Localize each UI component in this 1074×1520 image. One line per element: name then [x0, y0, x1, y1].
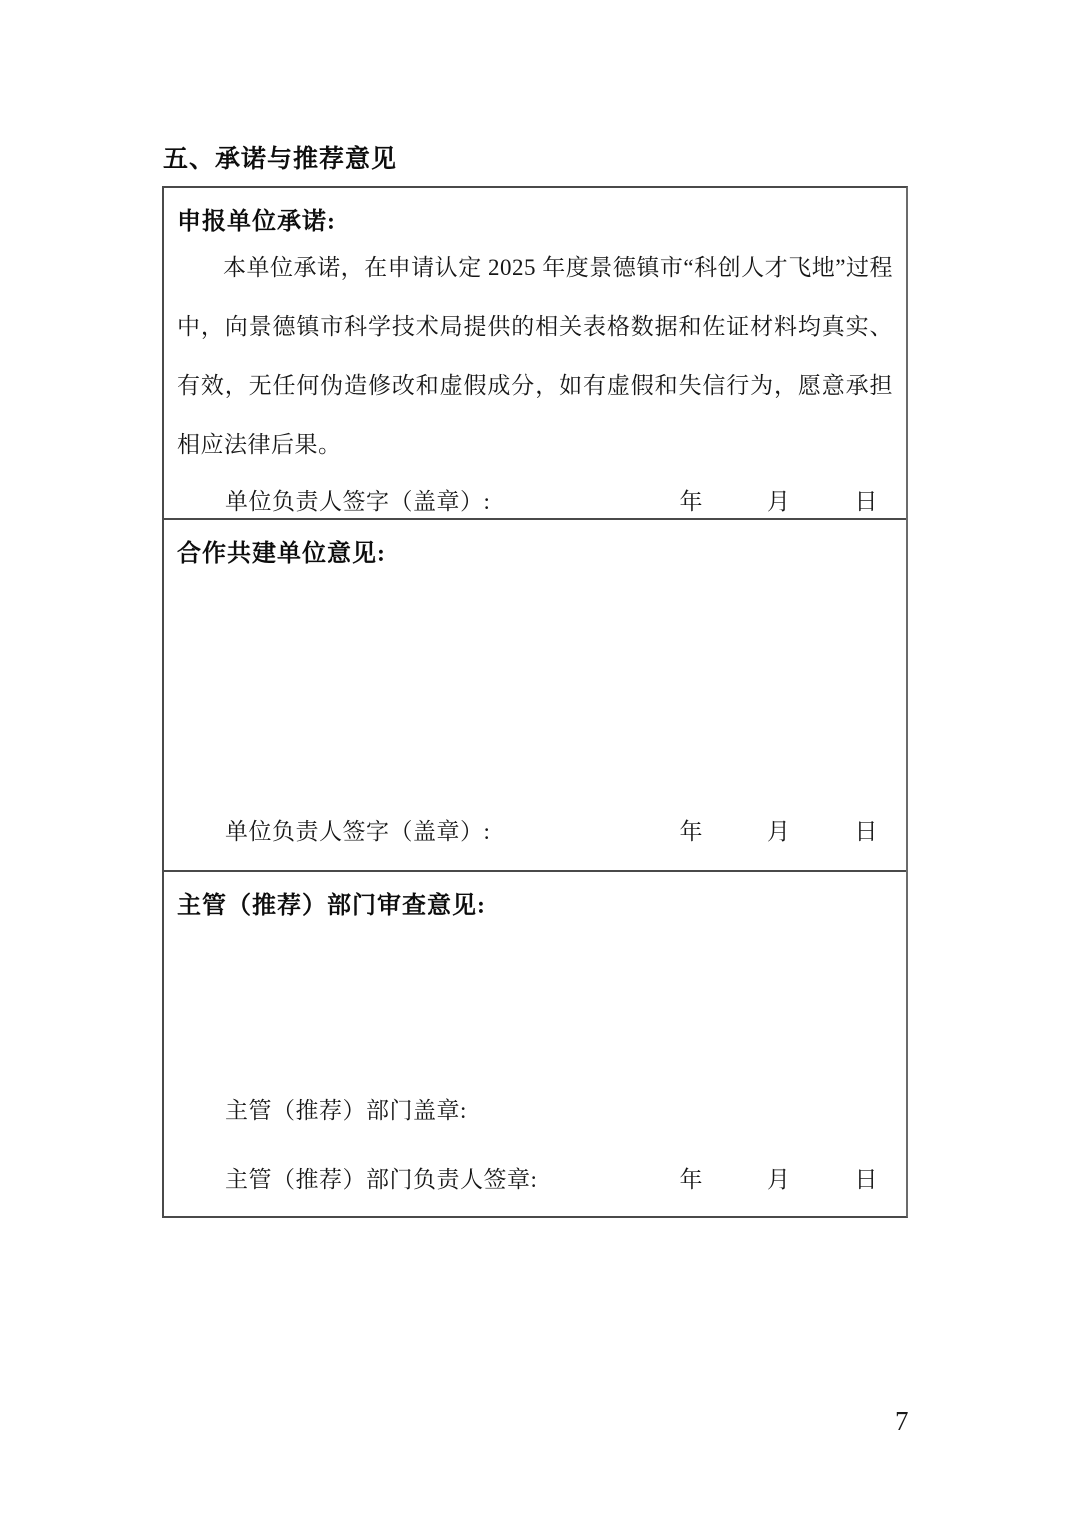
authority-signature-label: 主管（推荐）部门负责人签章: [225, 1161, 537, 1194]
section-title: 五、承诺与推荐意见 [163, 139, 397, 175]
commitment-body-text: 本单位承诺，在申请认定 2025 年度景德镇市“科创人才飞地”过程中，向景德镇市… [177, 238, 893, 474]
authority-seal-label: 主管（推荐）部门盖章: [177, 1092, 893, 1125]
cooperation-signature-line: 单位负责人签字（盖章）: 年 月 日 [177, 813, 893, 846]
authority-review-heading: 主管（推荐）部门审查意见: [177, 872, 893, 920]
authority-review-section: 主管（推荐）部门审查意见: 主管（推荐）部门盖章: 主管（推荐）部门负责人签章:… [164, 872, 906, 1216]
day-label: 日 [855, 813, 879, 846]
applicant-signature-line: 单位负责人签字（盖章）: 年 月 日 [177, 483, 893, 516]
year-label: 年 [680, 483, 704, 516]
applicant-commitment-heading: 申报单位承诺: [177, 188, 893, 236]
document-page: 五、承诺与推荐意见 申报单位承诺: 本单位承诺，在申请认定 2025 年度景德镇… [0, 0, 1074, 1520]
authority-date-fields: 年 月 日 [680, 1161, 894, 1194]
applicant-commitment-section: 申报单位承诺: 本单位承诺，在申请认定 2025 年度景德镇市“科创人才飞地”过… [164, 188, 906, 520]
page-number: 7 [895, 1406, 909, 1437]
year-label: 年 [680, 813, 704, 846]
day-label: 日 [855, 483, 879, 516]
authority-bottom-block: 主管（推荐）部门盖章: 主管（推荐）部门负责人签章: 年 月 日 [177, 1092, 893, 1216]
month-label: 月 [767, 1161, 791, 1194]
authority-signature-line: 主管（推荐）部门负责人签章: 年 月 日 [177, 1161, 893, 1194]
applicant-date-fields: 年 月 日 [680, 483, 894, 516]
cooperation-date-fields: 年 月 日 [680, 813, 894, 846]
month-label: 月 [767, 813, 791, 846]
cooperation-opinion-heading: 合作共建单位意见: [177, 520, 893, 568]
cooperation-opinion-section: 合作共建单位意见: 单位负责人签字（盖章）: 年 月 日 [164, 520, 906, 872]
month-label: 月 [767, 483, 791, 516]
day-label: 日 [855, 1161, 879, 1194]
year-label: 年 [680, 1161, 704, 1194]
applicant-signature-label: 单位负责人签字（盖章）: [225, 483, 490, 516]
commitment-form-table: 申报单位承诺: 本单位承诺，在申请认定 2025 年度景德镇市“科创人才飞地”过… [162, 186, 908, 1218]
cooperation-signature-label: 单位负责人签字（盖章）: [225, 813, 490, 846]
